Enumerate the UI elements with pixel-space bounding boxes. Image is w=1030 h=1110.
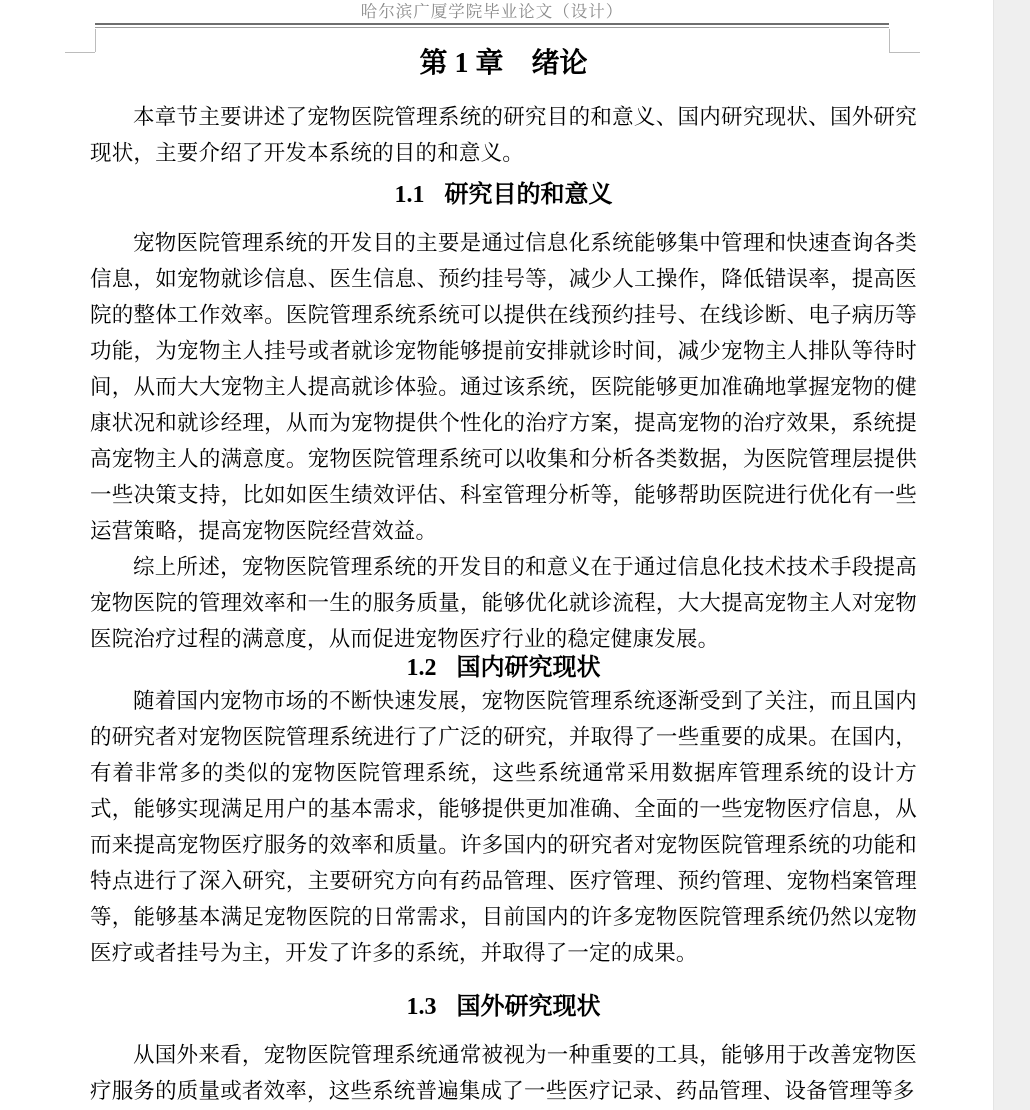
section-title: 研究目的和意义: [445, 182, 613, 208]
section-heading-1-2: 1.2国内研究现状: [90, 653, 917, 683]
paragraph-domestic-research: 随着国内宠物市场的不断快速发展，宠物医院管理系统逐渐受到了关注，而且国内的研究者…: [90, 683, 917, 971]
section-number: 1.2: [407, 655, 437, 681]
paragraph-intro: 本章节主要讲述了宠物医院管理系统的研究目的和意义、国内研究现状、国外研究现状，主…: [90, 99, 917, 171]
paragraph-foreign-research: 从国外来看，宠物医院管理系统通常被视为一种重要的工具，能够用于改善宠物医疗服务的…: [90, 1037, 917, 1109]
section-title: 国内研究现状: [457, 655, 601, 681]
section-title: 国外研究现状: [457, 994, 601, 1020]
section-heading-1-3: 1.3国外研究现状: [90, 992, 917, 1022]
section-heading-1-1: 1.1研究目的和意义: [90, 180, 917, 210]
running-header: 哈尔滨广厦学院毕业论文（设计）: [95, 2, 889, 22]
paragraph-purpose-1: 宠物医院管理系统的开发目的主要是通过信息化系统能够集中管理和快速查询各类信息，如…: [90, 225, 917, 549]
header-rule-thick: [95, 23, 889, 25]
chapter-title: 第 1 章 绪论: [90, 44, 917, 84]
section-number: 1.3: [407, 994, 437, 1020]
document-page: 哈尔滨广厦学院毕业论文（设计） 第 1 章 绪论 本章节主要讲述了宠物医院管理系…: [0, 0, 1030, 1110]
header-rule-thin: [95, 27, 889, 28]
section-number: 1.1: [395, 182, 425, 208]
paragraph-purpose-2: 综上所述，宠物医院管理系统的开发目的和意义在于通过信息化技术技术手段提高宠物医院…: [90, 549, 917, 657]
page-edge-gutter: [993, 0, 1030, 1110]
